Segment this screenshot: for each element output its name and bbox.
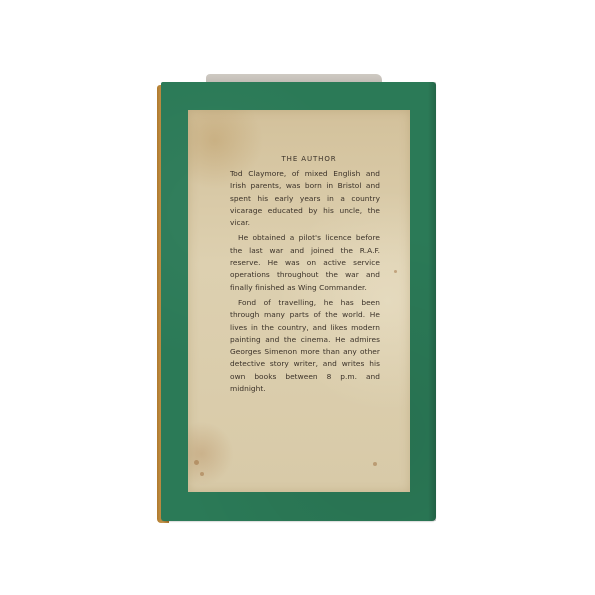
foxing-spot [373, 462, 377, 466]
photo-stage: THE AUTHOR Tod Claymore, of mixed Englis… [0, 0, 595, 595]
foxing-spot [194, 460, 199, 465]
foxing-spot [394, 270, 397, 273]
bio-paragraph-3: Fond of travelling, he has been through … [230, 297, 380, 395]
foxing-spot [200, 472, 204, 476]
book-back-cover: THE AUTHOR Tod Claymore, of mixed Englis… [161, 82, 436, 521]
bio-paragraph-1: Tod Claymore, of mixed English and Irish… [230, 168, 380, 229]
bio-paragraph-2: He obtained a pilot's licence before the… [230, 232, 380, 293]
author-heading: THE AUTHOR [238, 153, 380, 165]
author-bio: THE AUTHOR Tod Claymore, of mixed Englis… [230, 153, 380, 398]
author-panel: THE AUTHOR Tod Claymore, of mixed Englis… [188, 110, 410, 492]
